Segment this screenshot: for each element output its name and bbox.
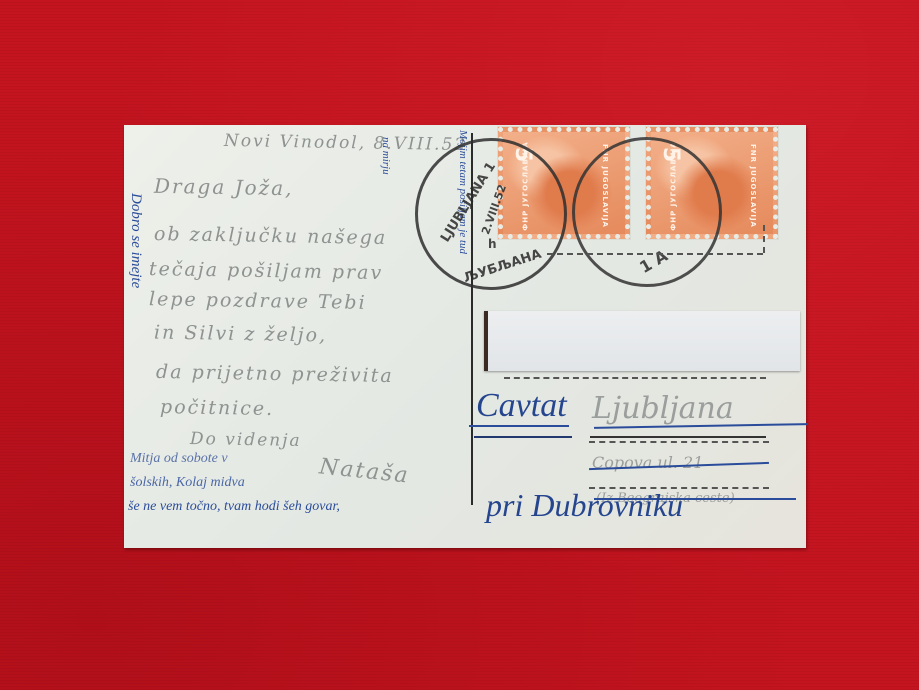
underline — [469, 425, 569, 427]
message-line: in Silvi z željo, — [154, 321, 327, 346]
place-date: Novi Vinodol, 8.VIII.52 — [224, 131, 468, 155]
address-cover-label — [484, 311, 800, 371]
new-city: Cavtat — [476, 387, 567, 425]
message-line: da prijetno preživita — [156, 361, 394, 387]
margin-note-vertical: Dobro se imejte — [127, 193, 144, 288]
bottom-note-line: šolskih, Kolaj midva — [130, 475, 245, 491]
bottom-note-line: Mitja od sobote v — [130, 451, 228, 467]
message-line: tečaja pošiljam prav — [149, 258, 384, 284]
signature: Nataša — [318, 454, 411, 488]
forwarding-location: pri Dubrovniku — [486, 487, 683, 524]
postmark-code: h — [488, 237, 497, 251]
message-line: ob zaključku našega — [154, 223, 388, 249]
postcard: Novi Vinodol, 8.VIII.52 Draga Joža, ob z… — [124, 125, 806, 548]
underline — [474, 436, 572, 438]
stamp-country-latin: FNR JUGOSLAVIJA — [749, 144, 757, 228]
bottom-note-line: še ne vem točno, tvam hodi šeh govar, — [128, 499, 340, 515]
old-city: Ljubljana — [592, 391, 734, 426]
address-line — [589, 441, 769, 443]
closing: Do videnja — [190, 429, 302, 451]
divider-note-1: na mirju — [380, 137, 392, 175]
message-line: počitnice. — [160, 396, 275, 420]
postmark-ljubljana: LJUBLJANA 1 ЉУБЉАНА 2.VIII.52 h — [415, 138, 567, 290]
postmark-bottom-text: ЉУБЉАНА — [462, 247, 544, 286]
greeting: Draga Joža, — [154, 174, 294, 200]
address-line — [763, 225, 765, 253]
postmark-second: 1 A — [572, 137, 722, 287]
underline — [590, 436, 766, 438]
address-line — [547, 253, 763, 255]
postmark-partial: 1 A — [636, 246, 671, 277]
message-line: lepe pozdrave Tebi — [149, 288, 367, 314]
address-line — [504, 377, 766, 379]
